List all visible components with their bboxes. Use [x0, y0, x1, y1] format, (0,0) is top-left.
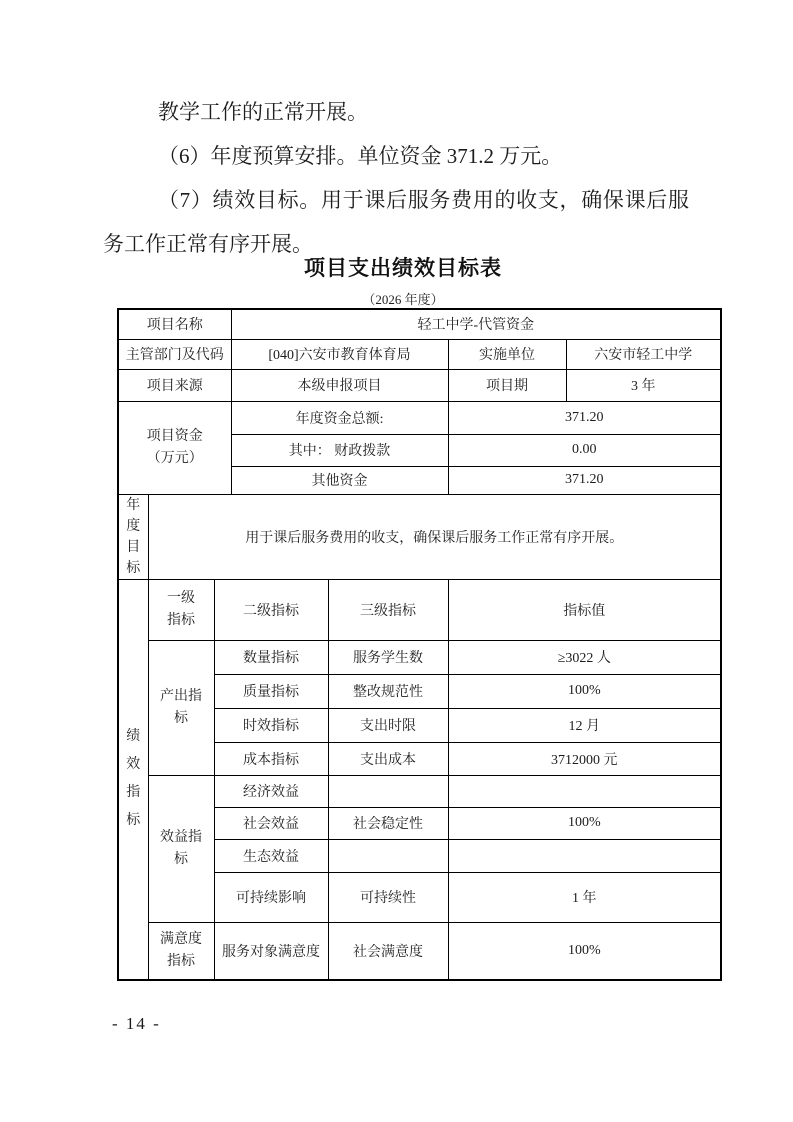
row-project-name: 项目名称 轻工中学-代管资金	[118, 309, 721, 339]
cell-l2: 时效指标	[214, 708, 328, 742]
performance-target-table: 项目名称 轻工中学-代管资金 主管部门及代码 [040]六安市教育体育局 实施单…	[117, 308, 722, 981]
cell-funds-total-label: 年度资金总额:	[231, 401, 448, 434]
cell-value: 3712000 元	[448, 742, 721, 775]
cell-l3: 支出成本	[328, 742, 448, 775]
page-number: - 14 -	[112, 1014, 161, 1034]
group-benefit-text: 效益指标	[157, 827, 205, 871]
cell-l2: 可持续影响	[214, 872, 328, 922]
cell-dept-value: [040]六安市教育体育局	[231, 339, 448, 369]
cell-l3: 整改规范性	[328, 674, 448, 708]
paragraph-2: （6）年度预算安排。单位资金 371.2 万元。	[103, 134, 689, 178]
cell-value: 1 年	[448, 872, 721, 922]
row-funds-total: 项目资金 （万元） 年度资金总额: 371.20	[118, 401, 721, 434]
cell-annual-goal-content: 用于课后服务费用的收支，确保课后服务工作正常有序开展。	[148, 494, 721, 579]
table-title: 项目支出绩效目标表	[103, 252, 703, 282]
cell-value	[448, 839, 721, 872]
cell-funds-total-value: 371.20	[448, 401, 721, 434]
cell-funds-other-value: 371.20	[448, 466, 721, 494]
header-l1-text: 一级指标	[165, 588, 197, 632]
row-satisfaction: 满意度指标 服务对象满意度 社会满意度 100%	[118, 922, 721, 980]
cell-l3	[328, 839, 448, 872]
perf-vertical-label: 绩效指标	[126, 723, 141, 835]
cell-value: 100%	[448, 674, 721, 708]
cell-l2: 经济效益	[214, 775, 328, 807]
cell-period-label: 项目期	[448, 369, 566, 401]
cell-project-name-value: 轻工中学-代管资金	[231, 309, 721, 339]
cell-l2: 生态效益	[214, 839, 328, 872]
funds-label-line2: （万元）	[122, 448, 228, 470]
cell-l2: 社会效益	[214, 807, 328, 839]
cell-header-l1: 一级指标	[148, 579, 214, 640]
row-department: 主管部门及代码 [040]六安市教育体育局 实施单位 六安市轻工中学	[118, 339, 721, 369]
annual-goal-vertical-label: 年度目标	[126, 495, 141, 579]
cell-l3: 支出时限	[328, 708, 448, 742]
cell-group-output: 产出指标	[148, 640, 214, 775]
cell-group-benefit: 效益指标	[148, 775, 214, 922]
cell-funds-fiscal-label: 其中： 财政拨款	[231, 434, 448, 466]
cell-l3: 社会满意度	[328, 922, 448, 980]
cell-source-value: 本级申报项目	[231, 369, 448, 401]
row-source: 项目来源 本级申报项目 项目期 3 年	[118, 369, 721, 401]
cell-funds-other-label: 其他资金	[231, 466, 448, 494]
table-subtitle: （2026 年度）	[103, 289, 703, 308]
cell-l3: 社会稳定性	[328, 807, 448, 839]
cell-l2: 数量指标	[214, 640, 328, 674]
row-output-quantity: 产出指标 数量指标 服务学生数 ≥3022 人	[118, 640, 721, 674]
row-perf-header: 绩效指标 一级指标 二级指标 三级指标 指标值	[118, 579, 721, 640]
group-output-text: 产出指标	[157, 686, 205, 730]
cell-group-satisfaction: 满意度指标	[148, 922, 214, 980]
row-benefit-economic: 效益指标 经济效益	[118, 775, 721, 807]
cell-l2: 质量指标	[214, 674, 328, 708]
cell-header-value: 指标值	[448, 579, 721, 640]
cell-l3: 服务学生数	[328, 640, 448, 674]
cell-value: 100%	[448, 807, 721, 839]
cell-header-l2: 二级指标	[214, 579, 328, 640]
funds-label-line1: 项目资金	[122, 426, 228, 448]
cell-header-l3: 三级指标	[328, 579, 448, 640]
body-paragraphs: 教学工作的正常开展。 （6）年度预算安排。单位资金 371.2 万元。 （7）绩…	[103, 90, 689, 266]
cell-value: ≥3022 人	[448, 640, 721, 674]
cell-project-name-label: 项目名称	[118, 309, 231, 339]
row-annual-goal: 年度目标 用于课后服务费用的收支，确保课后服务工作正常有序开展。	[118, 494, 721, 579]
cell-value: 12 月	[448, 708, 721, 742]
cell-value: 100%	[448, 922, 721, 980]
cell-l3	[328, 775, 448, 807]
cell-funds-label: 项目资金 （万元）	[118, 401, 231, 494]
cell-impl-label: 实施单位	[448, 339, 566, 369]
cell-dept-label: 主管部门及代码	[118, 339, 231, 369]
cell-period-value: 3 年	[566, 369, 721, 401]
cell-l2: 成本指标	[214, 742, 328, 775]
cell-value	[448, 775, 721, 807]
document-page: 教学工作的正常开展。 （6）年度预算安排。单位资金 371.2 万元。 （7）绩…	[0, 0, 793, 1122]
cell-perf-side-label: 绩效指标	[118, 579, 148, 980]
cell-source-label: 项目来源	[118, 369, 231, 401]
cell-impl-value: 六安市轻工中学	[566, 339, 721, 369]
cell-funds-fiscal-value: 0.00	[448, 434, 721, 466]
group-satisfaction-text: 满意度指标	[157, 929, 205, 973]
cell-l3: 可持续性	[328, 872, 448, 922]
paragraph-1: 教学工作的正常开展。	[103, 90, 689, 134]
cell-annual-goal-label: 年度目标	[118, 494, 148, 579]
cell-l2: 服务对象满意度	[214, 922, 328, 980]
